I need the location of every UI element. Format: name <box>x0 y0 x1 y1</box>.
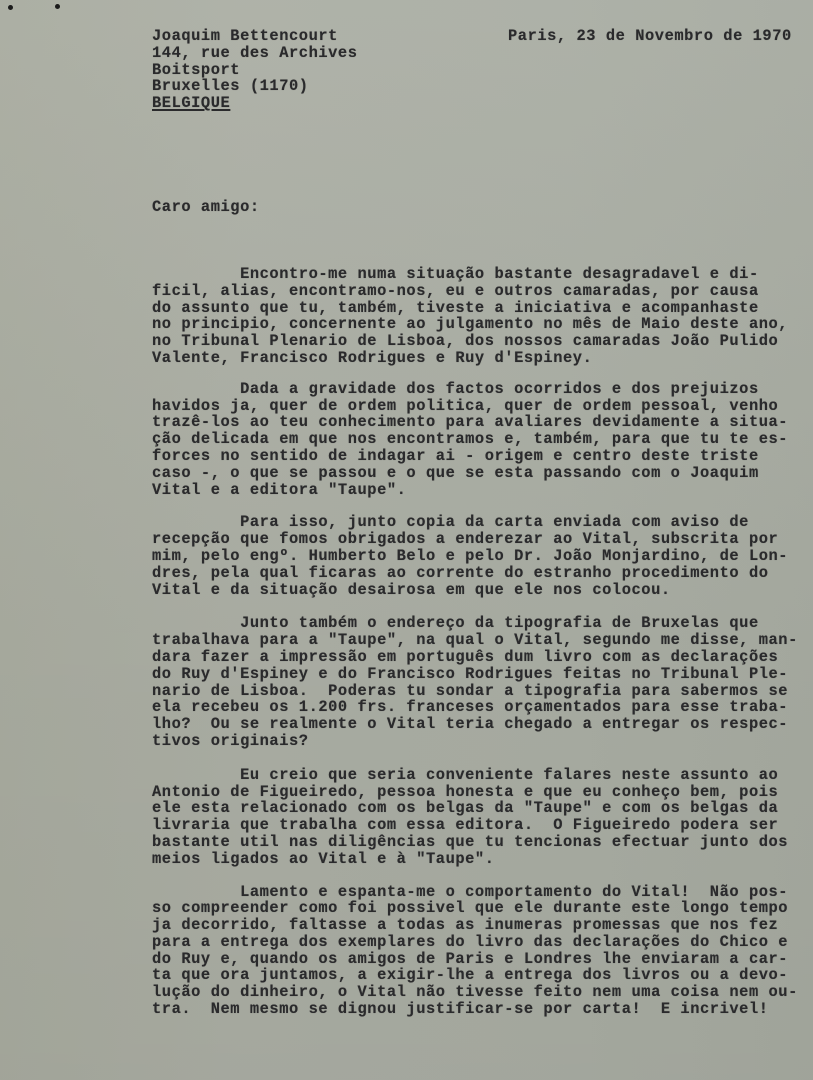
paragraph-line: ja decorrido, faltasse a todas as inumer… <box>152 917 812 934</box>
paragraph-line: tivos originais? <box>152 733 812 750</box>
letter-paragraph: Para isso, junto copia da carta enviada … <box>152 514 812 598</box>
paragraph-line: no Tribunal Plenario de Lisboa, dos noss… <box>152 333 812 350</box>
paragraph-line: mim, pelo engº. Humberto Belo e pelo Dr.… <box>152 548 812 565</box>
letter-paragraph: Lamento e espanta-me o comportamento do … <box>152 884 812 1018</box>
sender-district: Boitsport <box>152 61 240 79</box>
letter-paragraph: Eu creio que seria conveniente falares n… <box>152 767 812 868</box>
paragraph-line: livraria que trabalha com essa editora. … <box>152 817 812 834</box>
paragraph-line: Junto também o endereço da tipografia de… <box>152 615 812 632</box>
paragraph-line: para a entrega dos exemplares do livro d… <box>152 934 812 951</box>
paragraph-line: recepção que fomos obrigados a enderezar… <box>152 531 812 548</box>
paragraph-line: do Ruy e, quando os amigos de Paris e Lo… <box>152 951 812 968</box>
paragraph-line: ele esta relacionado com os belgas da "T… <box>152 800 812 817</box>
sender-name: Joaquim Bettencourt <box>152 27 338 45</box>
paragraph-line: ta que ora juntamos, a exigir-lhe a entr… <box>152 967 812 984</box>
letter-body: Encontro-me numa situação bastante desag… <box>152 266 812 1032</box>
paragraph-line: trazê-los ao teu conhecimento para avali… <box>152 414 812 431</box>
paragraph-line: ela recebeu os 1.200 frs. franceses orça… <box>152 699 812 716</box>
sender-country: BELGIQUE <box>152 94 230 112</box>
sender-street: 144, rue des Archives <box>152 44 358 62</box>
paragraph-line: forces no sentido de indagar ai - origem… <box>152 448 812 465</box>
paragraph-line: Antonio de Figueiredo, pessoa honesta e … <box>152 784 812 801</box>
paragraph-line: Valente, Francisco Rodrigues e Ruy d'Esp… <box>152 350 812 367</box>
paragraph-line: nario de Lisboa. Poderas tu sondar a tip… <box>152 683 812 700</box>
paragraph-line: dara fazer a impressão em português dum … <box>152 649 812 666</box>
paragraph-line: ção delicada em que nos encontramos e, t… <box>152 431 812 448</box>
punch-hole-mark <box>8 5 13 10</box>
letter-paragraph: Dada a gravidade dos factos ocorridos e … <box>152 381 812 499</box>
paragraph-line: Para isso, junto copia da carta enviada … <box>152 514 812 531</box>
paragraph-line: tra. Nem mesmo se dignou justificar-se p… <box>152 1001 812 1018</box>
scanned-letter-page: Joaquim Bettencourt 144, rue des Archive… <box>0 0 813 1080</box>
paragraph-line: Encontro-me numa situação bastante desag… <box>152 266 812 283</box>
paragraph-line: Lamento e espanta-me o comportamento do … <box>152 884 812 901</box>
paragraph-line: havidos ja, quer de ordem politica, quer… <box>152 398 812 415</box>
paragraph-line: meios ligados ao Vital e à "Taupe". <box>152 851 812 868</box>
paragraph-line: dres, pela qual ficaras ao corrente do e… <box>152 565 812 582</box>
punch-hole-mark <box>55 4 60 9</box>
paragraph-line: do assunto que tu, também, tiveste a ini… <box>152 300 812 317</box>
paragraph-line: lho? Ou se realmente o Vital teria chega… <box>152 716 812 733</box>
paragraph-line: lução do dinheiro, o Vital não tivesse f… <box>152 984 812 1001</box>
paragraph-line: no principio, concernente ao julgamento … <box>152 316 812 333</box>
letter-paragraph: Encontro-me numa situação bastante desag… <box>152 266 812 367</box>
paragraph-line: bastante util nas diligências que tu ten… <box>152 834 812 851</box>
paragraph-line: do Ruy d'Espiney e do Francisco Rodrigue… <box>152 666 812 683</box>
sender-address-block: Joaquim Bettencourt 144, rue des Archive… <box>152 28 358 112</box>
salutation: Caro amigo: <box>152 199 260 216</box>
paragraph-line: Vital e da situação desairosa em que ele… <box>152 582 812 599</box>
paragraph-line: so compreender como foi possivel que ele… <box>152 900 812 917</box>
paragraph-line: Eu creio que seria conveniente falares n… <box>152 767 812 784</box>
paragraph-line: trabalhava para a "Taupe", na qual o Vit… <box>152 632 812 649</box>
paragraph-line: ficil, alias, encontramo-nos, eu e outro… <box>152 283 812 300</box>
paragraph-line: Vital e a editora "Taupe". <box>152 482 812 499</box>
place-and-date: Paris, 23 de Novembro de 1970 <box>508 28 792 45</box>
letter-paragraph: Junto também o endereço da tipografia de… <box>152 615 812 749</box>
paragraph-line: Dada a gravidade dos factos ocorridos e … <box>152 381 812 398</box>
paragraph-line: caso -, o que se passou e o que se esta … <box>152 465 812 482</box>
sender-city: Bruxelles (1170) <box>152 77 309 95</box>
